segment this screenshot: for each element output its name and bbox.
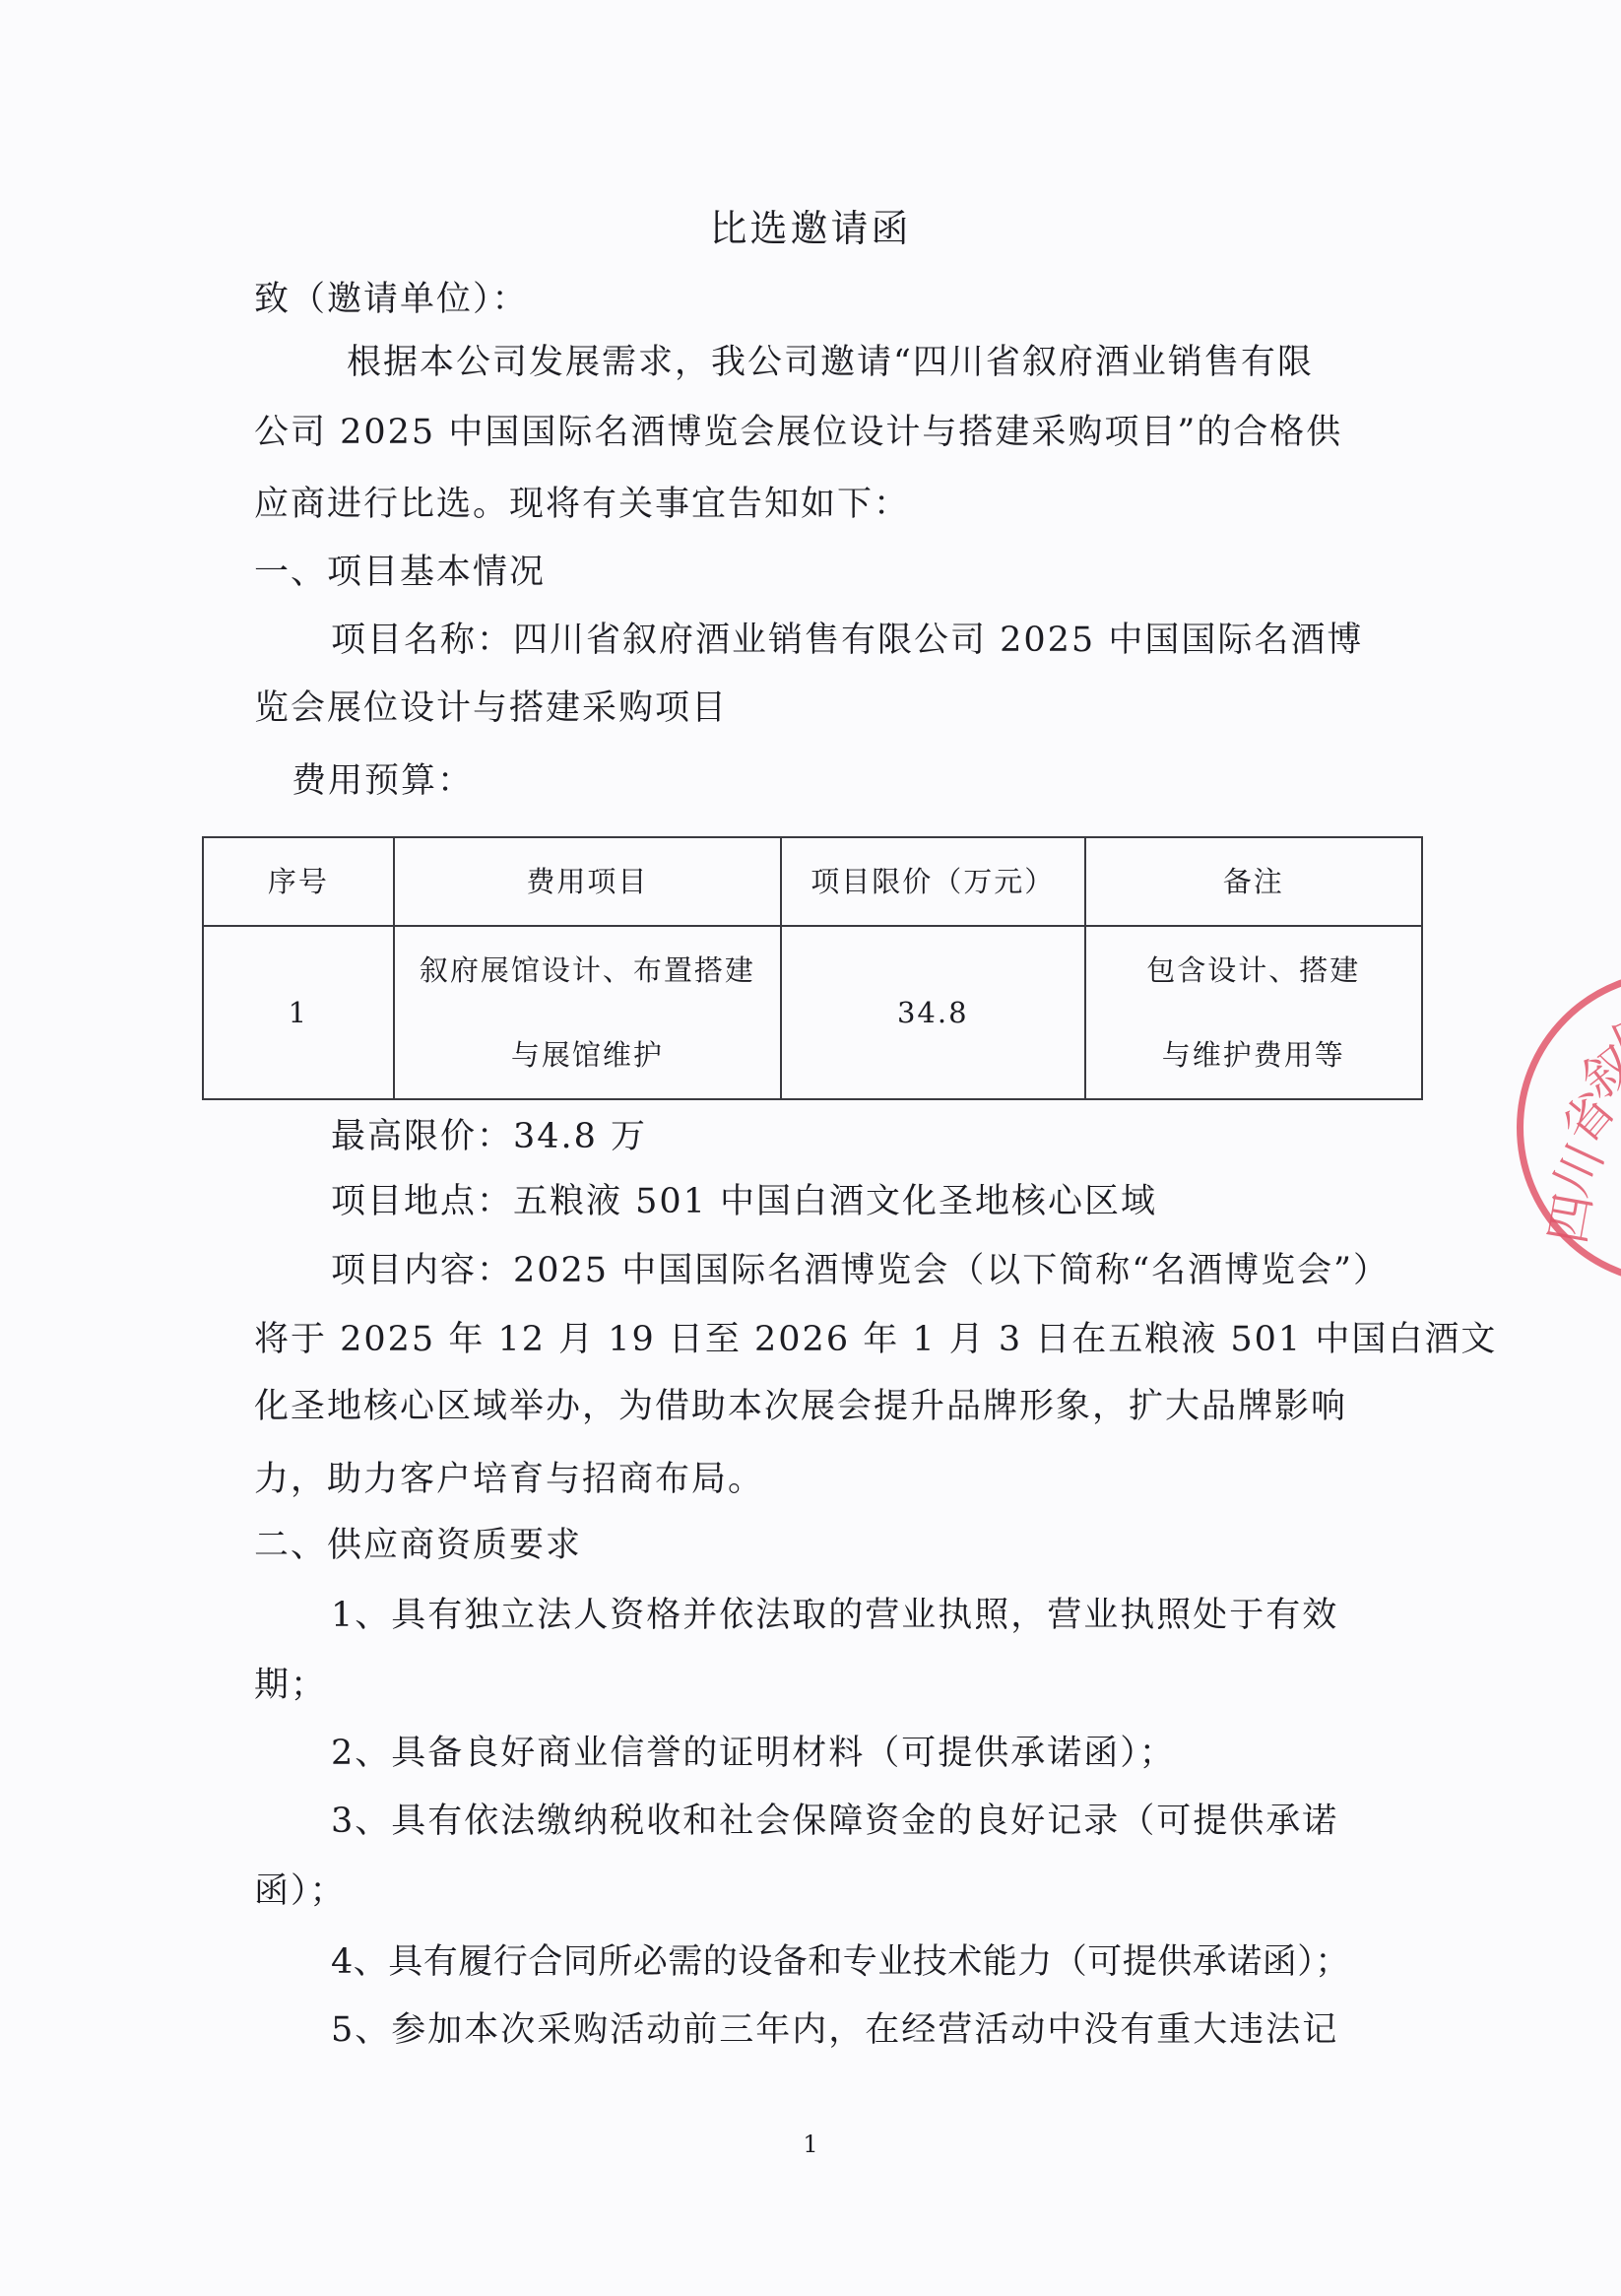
intro-line-1: 根据本公司发展需求，我公司邀请“四川省叙府酒业销售有限 [347,341,1314,384]
cell-no: 1 [203,926,394,1099]
cell-item-line-2: 与展馆维护 [395,1013,780,1097]
document-page: 比选邀请函 致（邀请单位）： 根据本公司发展需求，我公司邀请“四川省叙府酒业销售… [0,0,1621,2296]
requirement-4: 4、具有履行合同所必需的设备和专业技术能力（可提供承诺函）； [331,1940,1350,1984]
seal-text: 四 川 省 叙 府 酒 [1536,995,1621,1251]
requirement-3-line-2: 函）； [254,1870,347,1913]
content-line-3: 化圣地核心区域举办，为借助本次展会提升品牌形象，扩大品牌影响 [254,1385,1347,1428]
intro-line-3: 应商进行比选。现将有关事宜告知如下： [254,483,910,526]
cell-item: 叙府展馆设计、布置搭建 与展馆维护 [394,926,781,1099]
requirement-1-line-2: 期； [254,1664,327,1707]
requirement-3-line-1: 3、具有依法缴纳税收和社会保障资金的良好记录（可提供承诺 [331,1800,1338,1843]
cell-note: 包含设计、搭建 与维护费用等 [1085,926,1422,1099]
page-number: 1 [0,2130,1621,2159]
header-limit: 项目限价（万元） [781,837,1085,926]
requirement-5-line-1: 5、参加本次采购活动前三年内，在经营活动中没有重大违法记 [331,2008,1338,2052]
cell-note-line-2: 与维护费用等 [1086,1013,1421,1097]
section1-heading: 一、项目基本情况 [254,551,546,594]
section2-heading: 二、供应商资质要求 [254,1524,582,1567]
header-item: 费用项目 [394,837,781,926]
requirement-2: 2、具备良好商业信誉的证明材料（可提供承诺函）； [331,1732,1176,1775]
table-row: 1 叙府展馆设计、布置搭建 与展馆维护 34.8 包含设计、搭建 与维护费用等 [203,926,1422,1099]
budget-label: 费用预算： [292,759,474,803]
content-line-4: 力，助力客户培育与招商布局。 [254,1458,764,1501]
salutation: 致（邀请单位）： [254,278,529,321]
project-name-line-1: 项目名称：四川省叙府酒业销售有限公司 2025 中国国际名酒博 [331,619,1363,662]
intro-line-2: 公司 2025 中国国际名酒博览会展位设计与搭建采购项目”的合格供 [254,411,1342,454]
header-no: 序号 [203,837,394,926]
document-title: 比选邀请函 [0,205,1621,252]
project-name-line-2: 览会展位设计与搭建采购项目 [254,687,728,730]
budget-table: 序号 费用项目 项目限价（万元） 备注 1 叙府展馆设计、布置搭建 与展馆维护 … [202,836,1423,1100]
content-line-1: 项目内容：2025 中国国际名酒博览会（以下简称“名酒博览会”） [331,1249,1390,1292]
cell-item-line-1: 叙府展馆设计、布置搭建 [395,928,780,1013]
cell-note-line-1: 包含设计、搭建 [1086,928,1421,1013]
cell-limit: 34.8 [781,926,1085,1099]
requirement-1-line-1: 1、具有独立法人资格并依法取的营业执照，营业执照处于有效 [331,1594,1338,1637]
content-line-2: 将于 2025 年 12 月 19 日至 2026 年 1 月 3 日在五粮液 … [254,1318,1497,1361]
project-location: 项目地点：五粮液 501 中国白酒文化圣地核心区域 [331,1180,1157,1223]
header-note: 备注 [1085,837,1422,926]
budget-table-header: 序号 费用项目 项目限价（万元） 备注 [203,837,1422,926]
max-price: 最高限价：34.8 万 [331,1115,647,1158]
